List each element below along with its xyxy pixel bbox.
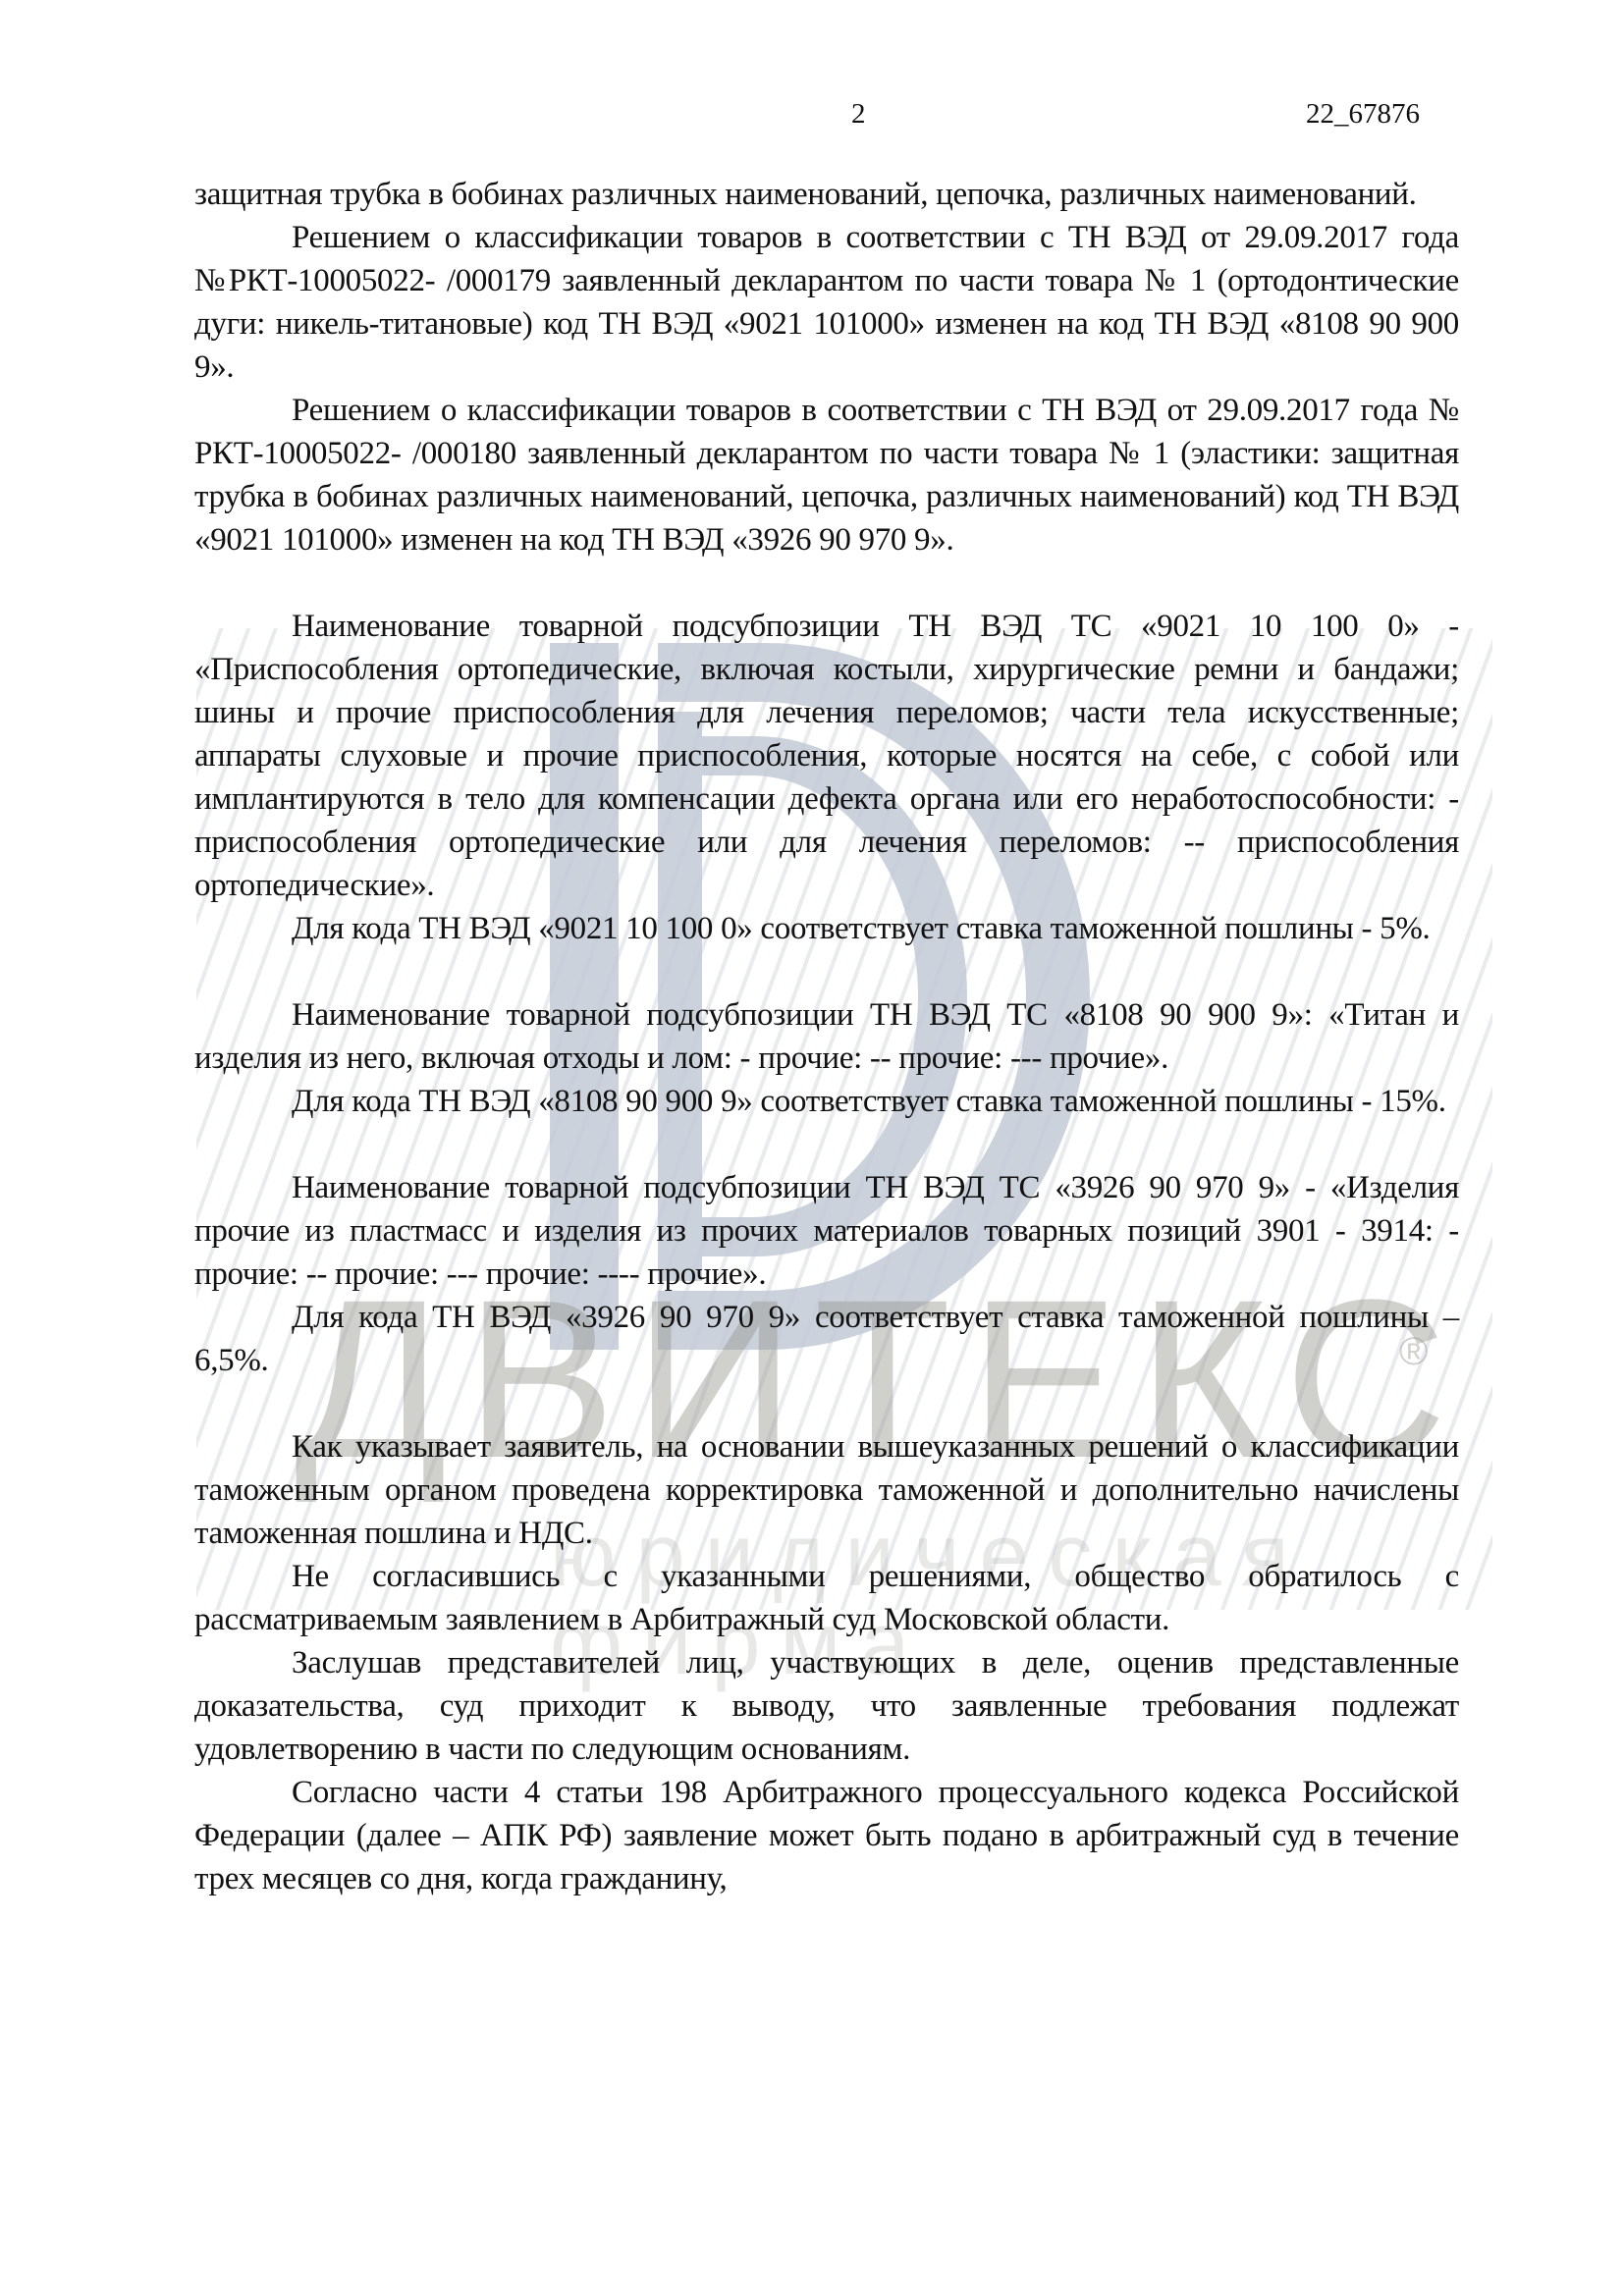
document-body: защитная трубка в бобинах различных наим… xyxy=(194,173,1459,1900)
paragraph: Решением о классификации товаров в соотв… xyxy=(194,389,1459,561)
paragraph: Решением о классификации товаров в соотв… xyxy=(194,216,1459,389)
paragraph: Для кода ТН ВЭД «3926 90 970 9» соответс… xyxy=(194,1296,1459,1382)
paragraph: Не согласившись с указанными решениями, … xyxy=(194,1555,1459,1641)
paragraph: Согласно части 4 статьи 198 Арбитражного… xyxy=(194,1771,1459,1900)
paragraph: Для кода ТН ВЭД «8108 90 900 9» соответс… xyxy=(194,1080,1459,1123)
paragraph: Наименование товарной подсубпозиции ТН В… xyxy=(194,993,1459,1080)
paragraph: Для кода ТН ВЭД «9021 10 100 0» соответс… xyxy=(194,907,1459,950)
paragraph: Заслушав представителей лиц, участвующих… xyxy=(194,1641,1459,1771)
paragraph: Наименование товарной подсубпозиции ТН В… xyxy=(194,605,1459,907)
paragraph: Наименование товарной подсубпозиции ТН В… xyxy=(194,1166,1459,1296)
paragraph-spacer xyxy=(194,561,1459,605)
paragraph: защитная трубка в бобинах различных наим… xyxy=(194,173,1459,216)
page-number: 2 xyxy=(851,98,866,131)
document-id: 22_67876 xyxy=(1306,98,1420,131)
page-header: 2 22_67876 xyxy=(0,98,1624,137)
paragraph: Как указывает заявитель, на основании вы… xyxy=(194,1425,1459,1555)
paragraph-spacer xyxy=(194,1123,1459,1166)
paragraph-spacer xyxy=(194,950,1459,993)
document-page: ДВИТЕКС ® юридическая фирма 2 22_67876 з… xyxy=(0,0,1624,2296)
paragraph-spacer xyxy=(194,1382,1459,1425)
